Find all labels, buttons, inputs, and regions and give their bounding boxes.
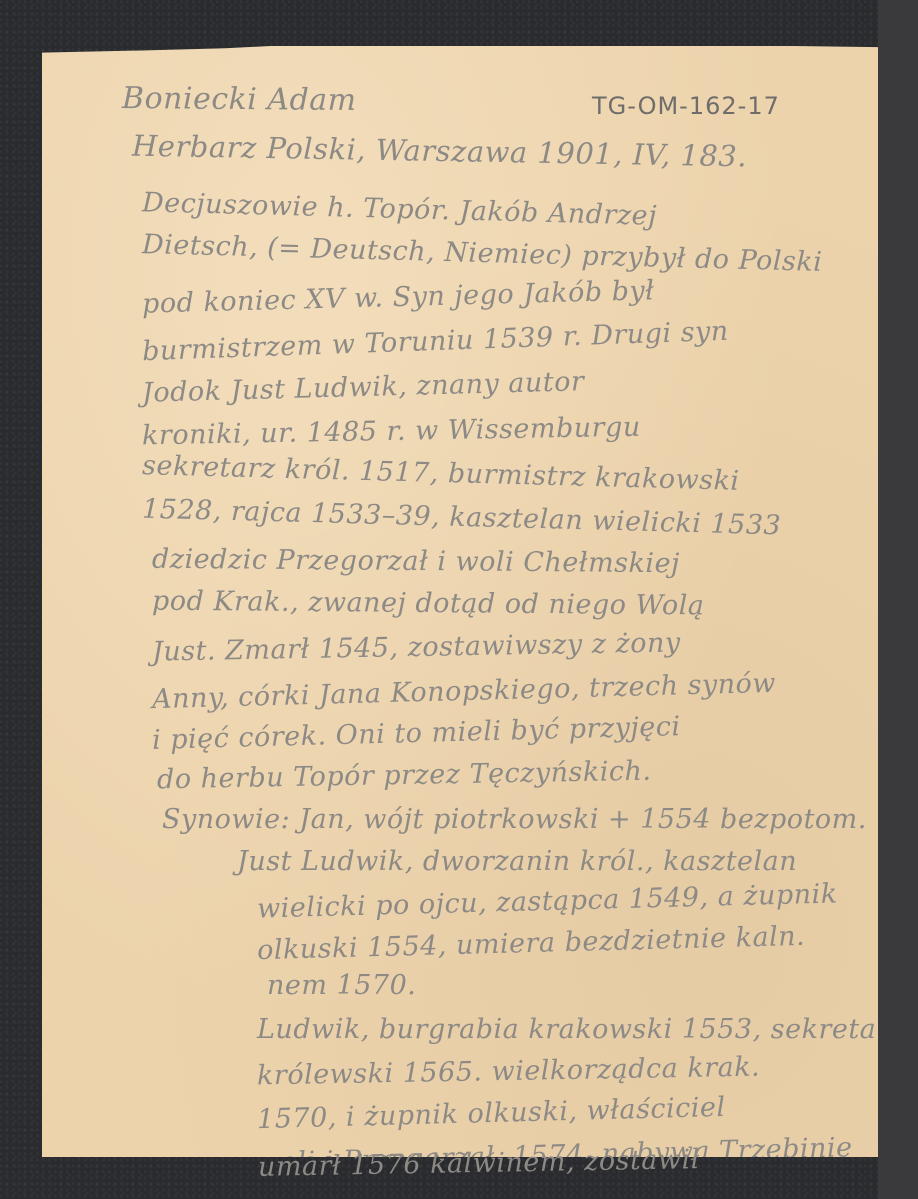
- text-line: burmistrzem w Toruniu 1539 r. Drugi syn: [142, 316, 730, 367]
- text-line: wielicki po ojcu, zastąpca 1549, a żupni…: [257, 878, 838, 924]
- text-line: olkuski 1554, umiera bezdzietnie kaln.: [257, 921, 806, 966]
- card-author: Boniecki Adam: [122, 81, 357, 118]
- card-source: Herbarz Polski, Warszawa 1901, IV, 183.: [132, 129, 748, 174]
- text-line: dziedzic Przegorzał i woli Chełmskiej: [152, 544, 680, 580]
- text-line: Just. Zmarł 1545, zostawiwszy z żony: [152, 627, 681, 667]
- text-line: umarł 1576 kalwinem, zostawił: [258, 1144, 700, 1183]
- text-line: 1528, rajca 1533–39, kasztelan wielicki …: [142, 494, 782, 542]
- text-line: i pięć córek. Oni to mieli być przyjęci: [152, 711, 681, 756]
- text-line: Dietsch, (= Deutsch, Niemiec) przybył do…: [142, 229, 823, 278]
- text-line: pod Krak., zwanej dotąd od niego Wolą: [152, 586, 705, 622]
- text-line: pod koniec XV w. Syn jego Jakób był: [142, 275, 655, 319]
- index-card: TG-OM-162-17 Boniecki Adam Herbarz Polsk…: [42, 46, 878, 1157]
- text-line: kroniki, ur. 1485 r. w Wissemburgu: [142, 412, 641, 452]
- text-line: sekretarz król. 1517, burmistrz krakowsk…: [142, 450, 740, 497]
- text-line: Ludwik, burgrabia krakowski 1553, sekret…: [257, 1014, 904, 1045]
- text-line: nem 1570.: [267, 970, 416, 1001]
- text-line: Jodok Just Ludwik, znany autor: [142, 366, 585, 409]
- text-line: królewski 1565. wielkorządca krak.: [257, 1052, 761, 1092]
- text-line: Decjuszowie h. Topór. Jakób Andrzej: [142, 187, 658, 231]
- reference-code: TG-OM-162-17: [592, 92, 780, 120]
- text-line: 1570, i żupnik olkuski, właściciel: [257, 1092, 726, 1135]
- background-binder-edge: [878, 0, 918, 1199]
- text-line: Anny, córki Jana Konopskiego, trzech syn…: [152, 668, 777, 715]
- text-line: do herbu Topór przez Tęczyńskich.: [157, 756, 652, 796]
- text-line: Synowie: Jan, wójt piotrkowski + 1554 be…: [162, 804, 867, 835]
- text-line: Just Ludwik, dworzanin król., kasztelan: [237, 846, 797, 877]
